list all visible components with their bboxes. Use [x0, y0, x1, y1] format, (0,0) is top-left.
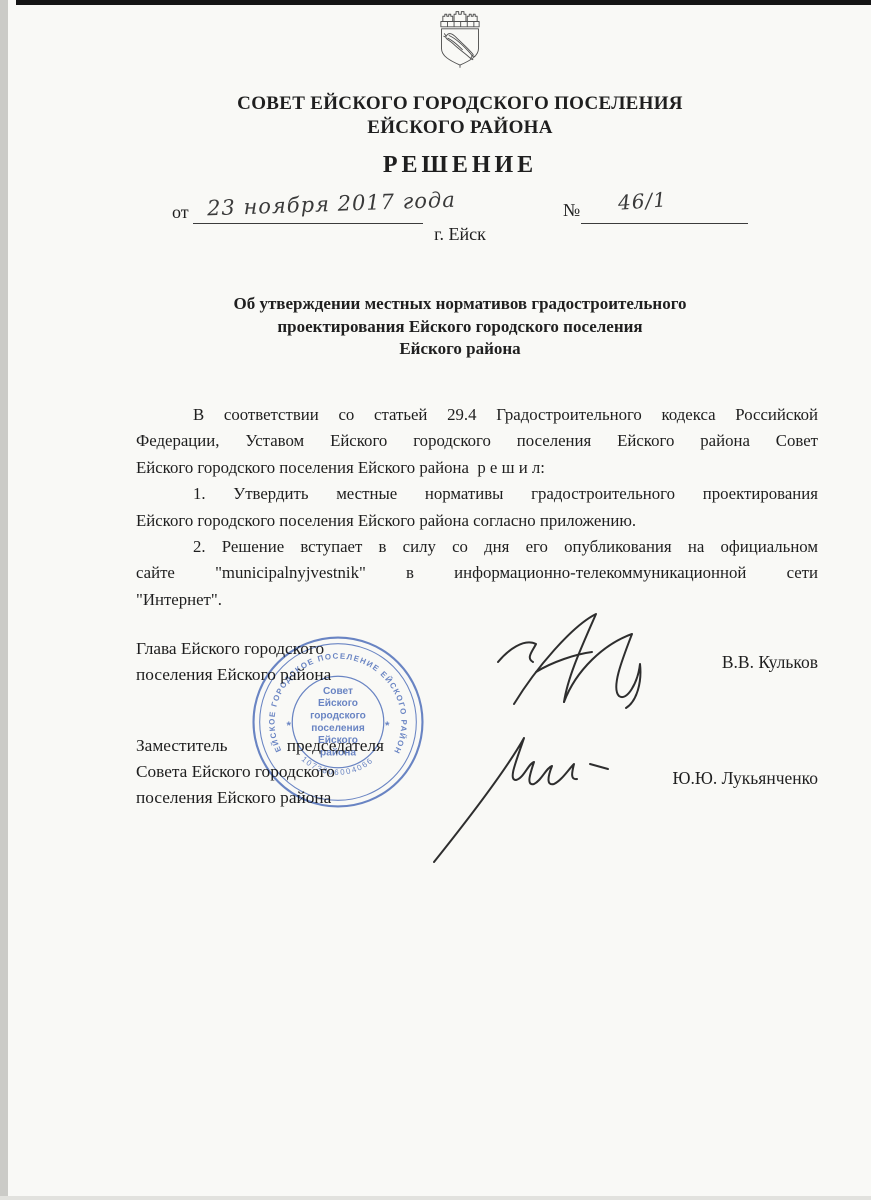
title-line-3: Ейского района — [90, 338, 830, 361]
signature2-name: Ю.Ю. Лукьянченко — [618, 768, 818, 789]
seal-center-line2: Ейского — [318, 698, 358, 709]
seal-center-line4: поселения — [311, 723, 365, 734]
paragraph1-line1: В соответствии со статьей 29.4 Градостро… — [136, 402, 818, 428]
yeysk-coat-of-arms-icon — [426, 7, 494, 73]
place-name: г. Ейск — [90, 224, 830, 245]
scan-edge-top — [16, 0, 871, 5]
item1-line2: Ейского городского поселения Ейского рай… — [136, 508, 818, 534]
seal-star-left: * — [286, 720, 291, 732]
seal-center-line1: Совет — [323, 686, 353, 697]
scanned-document-page: СОВЕТ ЕЙСКОГО ГОРОДСКОГО ПОСЕЛЕНИЯ ЕЙСКО… — [0, 0, 871, 1200]
org-name-line1: СОВЕТ ЕЙСКОГО ГОРОДСКОГО ПОСЕЛЕНИЯ — [90, 92, 830, 116]
document-title: Об утверждении местных нормативов градос… — [90, 293, 830, 361]
seal-star-right: * — [385, 720, 390, 732]
seal-center-line3: городского — [310, 710, 366, 721]
title-line-2: проектирования Ейского городского поселе… — [90, 316, 830, 339]
seal-center-line6: района — [320, 747, 356, 758]
paragraph1-line3: Ейского городского поселения Ейского рай… — [136, 455, 818, 481]
seal-center-line5: Ейского — [318, 735, 358, 746]
body-text: В соответствии со статьей 29.4 Градостро… — [136, 402, 818, 613]
title-line-1: Об утверждении местных нормативов градос… — [90, 293, 830, 316]
item2-line1: 2. Решение вступает в силу со дня его оп… — [136, 534, 818, 560]
scan-edge-bottom — [0, 1196, 871, 1200]
date-from-label: от — [172, 202, 189, 223]
item1-line1: 1. Утвердить местные нормативы градостро… — [136, 481, 818, 507]
signature1-autograph — [480, 604, 670, 716]
item2-line3: "Интернет". — [136, 587, 818, 613]
signature2-autograph — [420, 722, 630, 867]
item2-line2: сайте "municipalnyjvestnik" в информацио… — [136, 560, 818, 586]
official-round-seal: ЕЙСКОЕ ГОРОДСКОЕ ПОСЕЛЕНИЕ ЕЙСКОГО РАЙОН… — [250, 634, 426, 810]
handwritten-number: 46/1 — [617, 187, 667, 214]
scan-edge-left — [0, 0, 8, 1200]
document-type-title: РЕШЕНИЕ — [90, 152, 830, 179]
handwritten-date: 23 ноября 2017 года — [207, 188, 457, 221]
org-name-line2: ЕЙСКОГО РАЙОНА — [90, 116, 830, 140]
paragraph1-line2: Федерации, Уставом Ейского городского по… — [136, 428, 818, 454]
number-label: № — [563, 200, 580, 221]
